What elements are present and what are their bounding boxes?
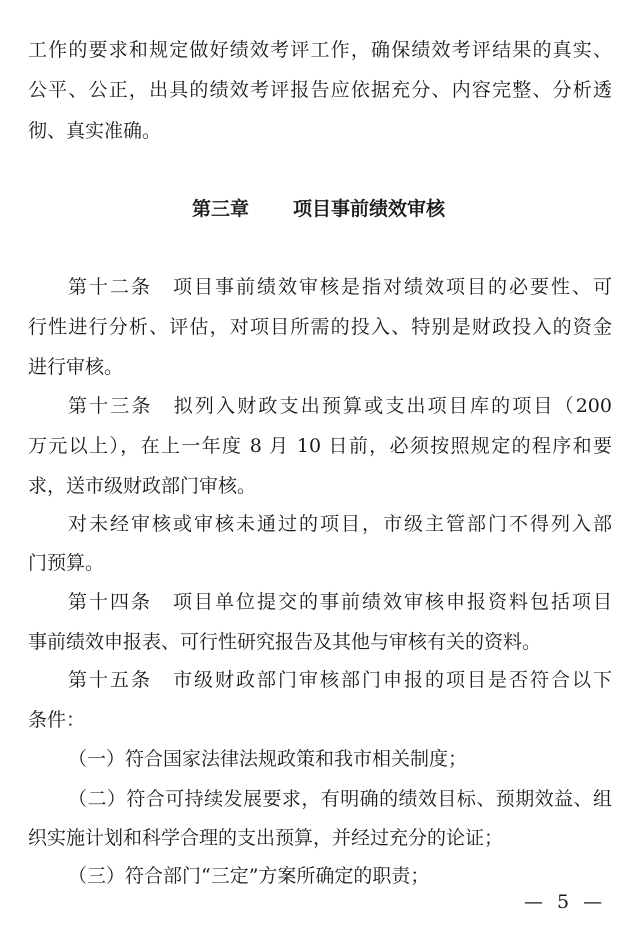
condition-item-3: （三）符合部门“三定”方案所确定的职责； — [68, 863, 612, 889]
condition-item-1: （一）符合国家法律法规政策和我市相关制度； — [68, 746, 612, 772]
chapter-title: 项目事前绩效审核 — [293, 198, 445, 220]
text-line: 第十四条 项目单位提交的事前绩效审核申报资料包括项目 — [68, 589, 612, 615]
text-line: 万元以上），在上一年度 8 月 10 日前，必须按照规定的程序和要 — [28, 433, 612, 459]
text-line: 工作的要求和规定做好绩效考评工作，确保绩效考评结果的真实、 — [28, 37, 612, 63]
text-line: 进行审核。 — [28, 354, 612, 380]
text-line: 公平、公正，出具的绩效考评报告应依据充分、内容完整、分析透 — [28, 77, 612, 103]
chapter-heading: 第三章项目事前绩效审核 — [0, 196, 637, 222]
text-line: 门预算。 — [28, 550, 612, 576]
text-line: 彻、真实准确。 — [28, 118, 612, 144]
text-line: 事前绩效申报表、可行性研究报告及其他与审核有关的资料。 — [28, 629, 612, 655]
text-line: 第十三条 拟列入财政支出预算或支出项目库的项目（200 — [68, 393, 612, 419]
text-line: 条件： — [28, 707, 612, 733]
chapter-number: 第三章 — [192, 198, 249, 220]
condition-item-2: （二）符合可持续发展要求，有明确的绩效目标、预期效益、组 — [68, 786, 612, 812]
text-line: 第十五条 市级财政部门审核部门申报的项目是否符合以下 — [68, 667, 612, 693]
text-line: 对未经审核或审核未通过的项目，市级主管部门不得列入部 — [68, 511, 612, 537]
text-line: 行性进行分析、评估，对项目所需的投入、特别是财政投入的资金 — [28, 314, 612, 340]
text-line: 织实施计划和科学合理的支出预算，并经过充分的论证； — [28, 825, 612, 851]
text-line: 求，送市级财政部门审核。 — [28, 473, 612, 499]
page-number: — 5 — — [524, 889, 606, 915]
text-line: 第十二条 项目事前绩效审核是指对绩效项目的必要性、可 — [68, 274, 612, 300]
